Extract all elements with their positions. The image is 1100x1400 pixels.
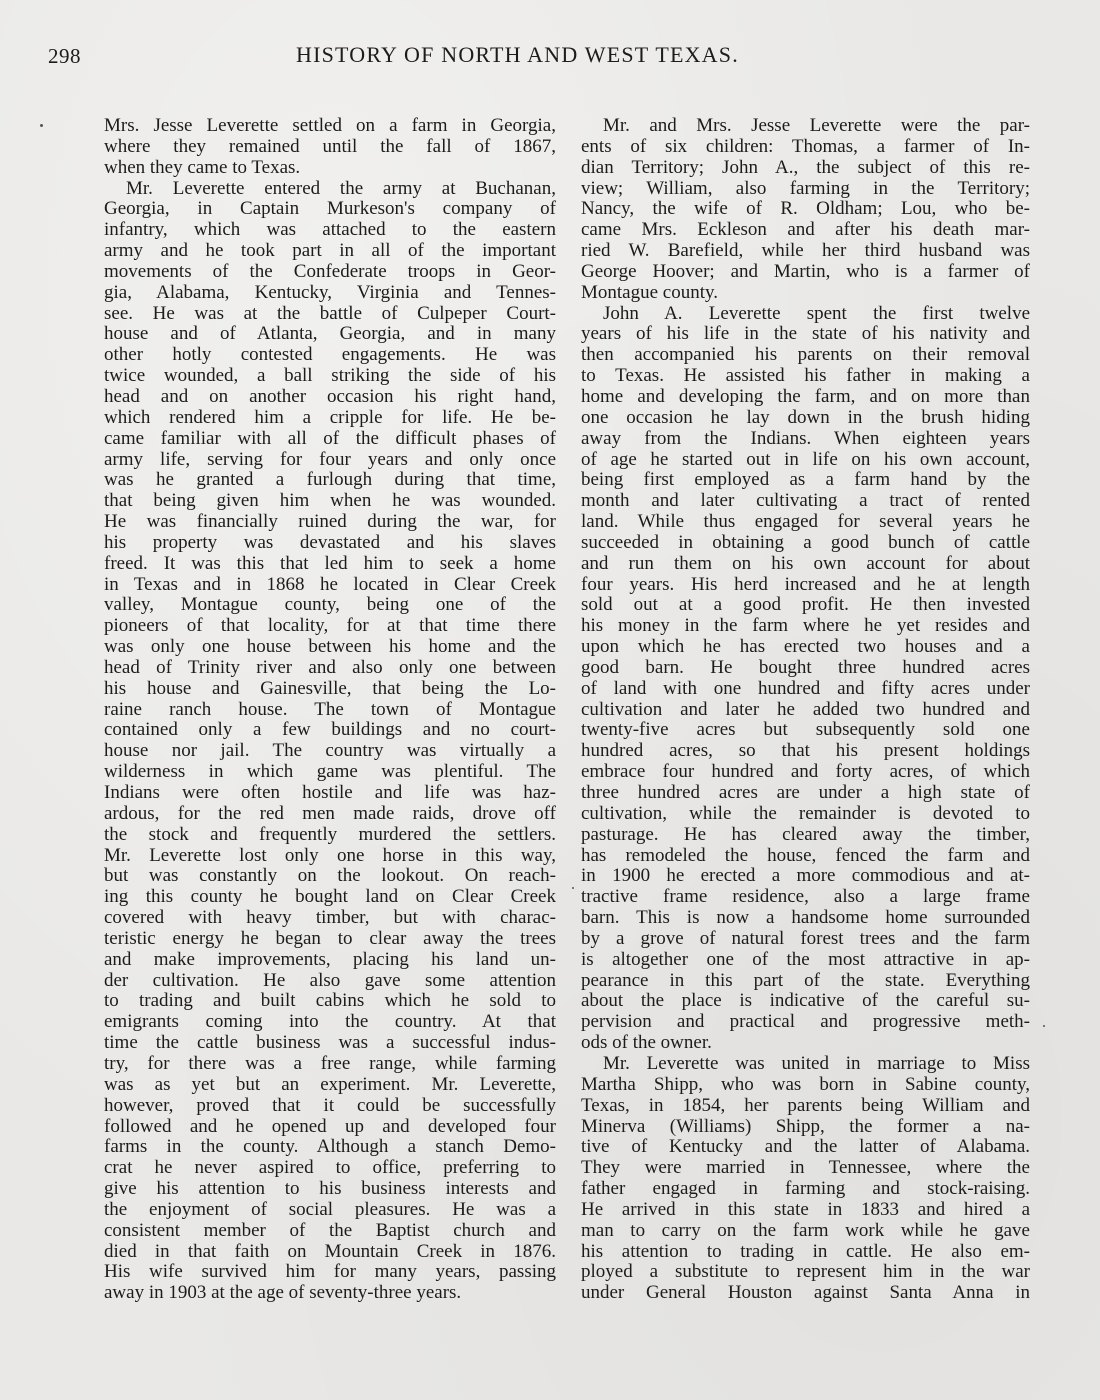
text-line: was as yet but an experiment. Mr. Levere…	[104, 1075, 556, 1096]
text-line: under General Houston against Santa Anna…	[581, 1283, 1030, 1304]
text-line: covered with heavy timber, but with char…	[104, 908, 556, 929]
text-line: being first employed as a farm hand by t…	[581, 470, 1030, 491]
text-line: however, proved that it could be success…	[104, 1096, 556, 1117]
text-line: crat he never aspired to office, preferr…	[104, 1158, 556, 1179]
text-line: freed. It was this that led him to seek …	[104, 554, 556, 575]
text-line: emigrants coming into the country. At th…	[104, 1012, 556, 1033]
text-line: hundred acres, so that his present holdi…	[581, 741, 1030, 762]
text-line: twice wounded, a ball striking the side …	[104, 366, 556, 387]
text-line: which rendered him a cripple for life. H…	[104, 408, 556, 429]
text-line: consistent member of the Baptist church …	[104, 1221, 556, 1242]
text-line: tive of Kentucky and the latter of Alaba…	[581, 1137, 1030, 1158]
text-line: head of Trinity river and also only one …	[104, 658, 556, 679]
text-line: view; William, also farming in the Terri…	[581, 179, 1030, 200]
text-line: pioneers of that locality, for at that t…	[104, 616, 556, 637]
text-line: his house and Gainesville, that being th…	[104, 679, 556, 700]
text-line: came Mrs. Eckleson and after his death m…	[581, 220, 1030, 241]
text-line: pearance in this part of the state. Ever…	[581, 971, 1030, 992]
text-line: pervision and practical and progressive …	[581, 1012, 1030, 1033]
text-line: is altogether one of the most attractive…	[581, 950, 1030, 971]
book-page: 298 HISTORY OF NORTH AND WEST TEXAS. Mrs…	[0, 0, 1100, 1400]
text-line: teristic energy he began to clear away t…	[104, 929, 556, 950]
text-line: his money in the farm where he yet resid…	[581, 616, 1030, 637]
text-line: man to carry on the farm work while he g…	[581, 1221, 1030, 1242]
text-line: infantry, which was attached to the east…	[104, 220, 556, 241]
text-line: where they remained until the fall of 18…	[104, 137, 556, 158]
ink-speck	[40, 124, 43, 127]
text-line: farms in the county. Although a stanch D…	[104, 1137, 556, 1158]
text-line: army life, serving for four years and on…	[104, 450, 556, 471]
text-line: Minerva (Williams) Shipp, the former a n…	[581, 1117, 1030, 1138]
text-line: in 1900 he erected a more commodious and…	[581, 866, 1030, 887]
text-line: sold out at a good profit. He then inves…	[581, 595, 1030, 616]
text-line: time the cattle business was a successfu…	[104, 1033, 556, 1054]
text-line: raine ranch house. The town of Montague	[104, 700, 556, 721]
text-line: try, for there was a free range, while f…	[104, 1054, 556, 1075]
text-line: army and he took part in all of the impo…	[104, 241, 556, 262]
text-line: see. He was at the battle of Culpeper Co…	[104, 304, 556, 325]
text-line: his attention to trading in cattle. He a…	[581, 1242, 1030, 1263]
text-line: gia, Alabama, Kentucky, Virginia and Ten…	[104, 283, 556, 304]
text-line: of land with one hundred and fifty acres…	[581, 679, 1030, 700]
text-line: der cultivation. He also gave some atten…	[104, 971, 556, 992]
text-line: John A. Leverette spent the first twelve	[581, 304, 1030, 325]
text-line: Mr. Leverette was united in marriage to …	[581, 1054, 1030, 1075]
text-line: They were married in Tennessee, where th…	[581, 1158, 1030, 1179]
text-line: the stock and frequently murdered the se…	[104, 825, 556, 846]
text-line: Nancy, the wife of R. Oldham; Lou, who b…	[581, 199, 1030, 220]
text-line: barn. This is now a handsome home surrou…	[581, 908, 1030, 929]
text-line: Texas, in 1854, her parents being Willia…	[581, 1096, 1030, 1117]
text-line: His wife survived him for many years, pa…	[104, 1262, 556, 1283]
text-line: away in 1903 at the age of seventy-three…	[104, 1283, 556, 1304]
text-line: home and developing the farm, and on mor…	[581, 387, 1030, 408]
text-line: Mr. and Mrs. Jesse Leverette were the pa…	[581, 116, 1030, 137]
text-line: one occasion he lay down in the brush hi…	[581, 408, 1030, 429]
text-line: was only one house between his home and …	[104, 637, 556, 658]
text-line: came familiar with all of the difficult …	[104, 429, 556, 450]
text-line: and make improvements, placing his land …	[104, 950, 556, 971]
text-line: ployed a substitute to represent him in …	[581, 1262, 1030, 1283]
text-line: George Hoover; and Martin, who is a farm…	[581, 262, 1030, 283]
text-line: wilderness in which game was plentiful. …	[104, 762, 556, 783]
text-line: when they came to Texas.	[104, 158, 556, 179]
text-line: Georgia, in Captain Murkeson's company o…	[104, 199, 556, 220]
text-line: four years. His herd increased and he at…	[581, 575, 1030, 596]
text-line: head and on another occasion his right h…	[104, 387, 556, 408]
text-line: dian Territory; John A., the subject of …	[581, 158, 1030, 179]
text-line: was he granted a furlough during that ti…	[104, 470, 556, 491]
text-line: contained only a few buildings and no co…	[104, 720, 556, 741]
text-line: Martha Shipp, who was born in Sabine cou…	[581, 1075, 1030, 1096]
page-header: 298 HISTORY OF NORTH AND WEST TEXAS.	[0, 38, 1100, 68]
text-line: other hotly contested engagements. He wa…	[104, 345, 556, 366]
text-line: Montague county.	[581, 283, 1030, 304]
text-line: land. While thus engaged for several yea…	[581, 512, 1030, 533]
text-line: embrace four hundred and forty acres, of…	[581, 762, 1030, 783]
text-line: that being given him when he was wounded…	[104, 491, 556, 512]
text-line: Mr. Leverette lost only one horse in thi…	[104, 846, 556, 867]
text-line: house and of Atlanta, Georgia, and in ma…	[104, 324, 556, 345]
text-line: pasturage. He has cleared away the timbe…	[581, 825, 1030, 846]
text-line: movements of the Confederate troops in G…	[104, 262, 556, 283]
text-line: succeeded in obtaining a good bunch of c…	[581, 533, 1030, 554]
text-line: cultivation and later he added two hundr…	[581, 700, 1030, 721]
text-line: about the place is indicative of the car…	[581, 991, 1030, 1012]
text-line: Mrs. Jesse Leverette settled on a farm i…	[104, 116, 556, 137]
text-line: Indians were often hostile and life was …	[104, 783, 556, 804]
ink-speck	[572, 887, 574, 889]
right-column: Mr. and Mrs. Jesse Leverette were the pa…	[581, 116, 1030, 1304]
text-line: ing this county he bought land on Clear …	[104, 887, 556, 908]
text-line: good barn. He bought three hundred acres	[581, 658, 1030, 679]
text-line: He arrived in this state in 1833 and hir…	[581, 1200, 1030, 1221]
text-line: give his attention to his business inter…	[104, 1179, 556, 1200]
text-line: away from the Indians. When eighteen yea…	[581, 429, 1030, 450]
text-line: ents of six children: Thomas, a farmer o…	[581, 137, 1030, 158]
text-line: house nor jail. The country was virtuall…	[104, 741, 556, 762]
running-head: HISTORY OF NORTH AND WEST TEXAS.	[296, 42, 739, 68]
text-line: tractive frame residence, also a large f…	[581, 887, 1030, 908]
text-line: He was financially ruined during the war…	[104, 512, 556, 533]
text-line: has remodeled the house, fenced the farm…	[581, 846, 1030, 867]
text-line: by a grove of natural forest trees and t…	[581, 929, 1030, 950]
text-line: but was constantly on the lookout. On re…	[104, 866, 556, 887]
left-column: Mrs. Jesse Leverette settled on a farm i…	[104, 116, 556, 1304]
text-line: ods of the owner.	[581, 1033, 1030, 1054]
text-line: the enjoyment of social pleasures. He wa…	[104, 1200, 556, 1221]
text-line: cultivation, while the remainder is devo…	[581, 804, 1030, 825]
text-line: in Texas and in 1868 he located in Clear…	[104, 575, 556, 596]
page-number: 298	[48, 44, 81, 69]
text-line: his property was devastated and his slav…	[104, 533, 556, 554]
text-line: died in that faith on Mountain Creek in …	[104, 1242, 556, 1263]
text-line: valley, Montague county, being one of th…	[104, 595, 556, 616]
ink-speck	[1043, 1025, 1045, 1027]
text-line: upon which he has erected two houses and…	[581, 637, 1030, 658]
text-line: Mr. Leverette entered the army at Buchan…	[104, 179, 556, 200]
text-line: ried W. Barefield, while her third husba…	[581, 241, 1030, 262]
text-line: twenty-five acres but subsequently sold …	[581, 720, 1030, 741]
text-line: of age he started out in life on his own…	[581, 450, 1030, 471]
text-line: and run them on his own account for abou…	[581, 554, 1030, 575]
text-line: to Texas. He assisted his father in maki…	[581, 366, 1030, 387]
text-line: to trading and built cabins which he sol…	[104, 991, 556, 1012]
text-line: years of his life in the state of his na…	[581, 324, 1030, 345]
text-line: month and later cultivating a tract of r…	[581, 491, 1030, 512]
text-line: three hundred acres are under a high sta…	[581, 783, 1030, 804]
text-line: followed and he opened up and developed …	[104, 1117, 556, 1138]
text-line: then accompanied his parents on their re…	[581, 345, 1030, 366]
text-line: ardous, for the red men made raids, drov…	[104, 804, 556, 825]
text-line: father engaged in farming and stock-rais…	[581, 1179, 1030, 1200]
